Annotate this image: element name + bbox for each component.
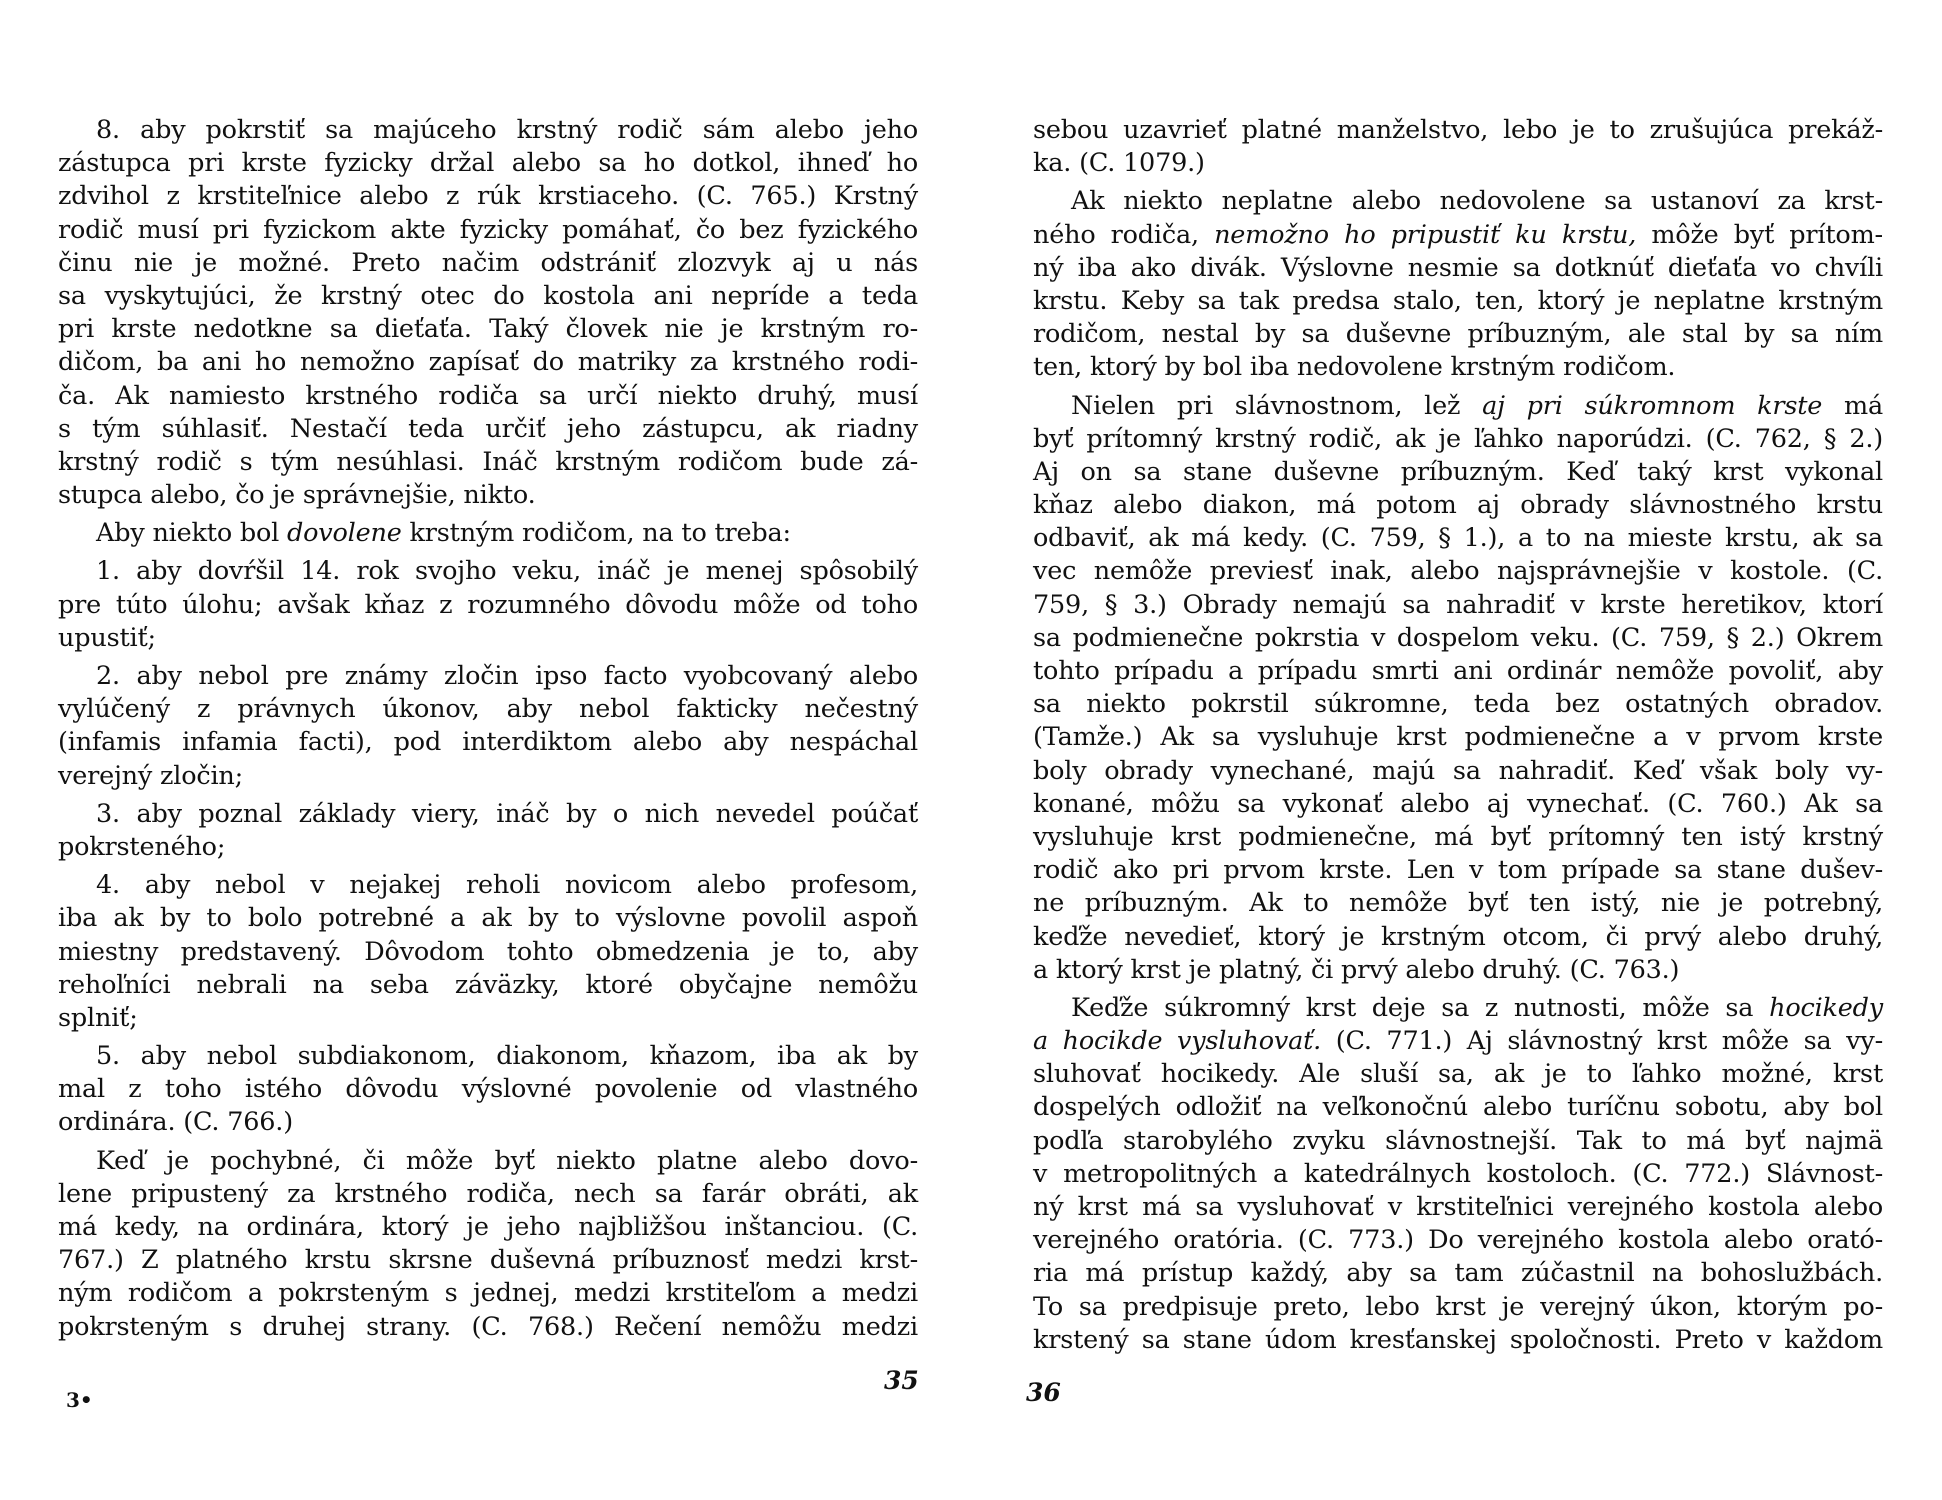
text-line: splniť;: [58, 1002, 918, 1035]
text-line: dičom, ba ani ho nemožno zapísať do matr…: [58, 346, 918, 379]
paragraph: Nielen pri slávnostnom, lež aj pri súkro…: [1033, 390, 1883, 987]
text-line: činu nie je možné. Preto načim odstrániť…: [58, 247, 918, 280]
text-line: Keď je pochybné, či môže byť niekto plat…: [58, 1145, 918, 1178]
text-run: ria má prístup každý, aby sa tam zúčastn…: [1033, 1258, 1883, 1288]
text-run: sa niekto pokrstil súkromne, teda bez os…: [1033, 689, 1883, 719]
text-line: rehoľníci nebrali na seba záväzky, ktoré…: [58, 969, 918, 1002]
text-run: 2. aby nebol pre známy zločin ipso facto…: [96, 661, 918, 691]
text-line: 3. aby poznal základy viery, ináč by o n…: [58, 798, 918, 831]
text-run: ordinára. (C. 766.): [58, 1107, 293, 1137]
text-run: Ak niekto neplatne alebo nedovolene sa u…: [1071, 186, 1883, 216]
text-line: verejného oratória. (C. 773.) Do verejné…: [1033, 1224, 1883, 1257]
paragraph: 4. aby nebol v nejakej reholi novicom al…: [58, 869, 918, 1035]
paragraph: sebou uzavrieť platné manželstvo, lebo j…: [1033, 114, 1883, 180]
text-run: Aby niekto bol: [96, 518, 287, 548]
page-number-right: 36: [1026, 1378, 1061, 1407]
text-line: boly obrady vynechané, majú sa nahradiť.…: [1033, 755, 1883, 788]
text-line: a ktorý krst je platný, či prvý alebo dr…: [1033, 954, 1883, 987]
text-line: keďže nevedieť, ktorý je krstným otcom, …: [1033, 921, 1883, 954]
text-run: má kedy, na ordinára, ktorý je jeho najb…: [58, 1212, 918, 1242]
text-line: pri krste nedotkne sa dieťaťa. Taký člov…: [58, 313, 918, 346]
text-run: ný iba ako divák. Výslovne nesmie sa dot…: [1033, 253, 1883, 283]
text-run: splniť;: [58, 1003, 138, 1033]
text-run: ča. Ak namiesto krstného rodiča sa určí …: [58, 381, 918, 411]
text-run: má: [1822, 391, 1883, 421]
text-line: vec nemôže previesť inak, alebo najspráv…: [1033, 555, 1883, 588]
text-line: tohto prípadu a prípadu smrti ani ordiná…: [1033, 655, 1883, 688]
italic-text: hocikedy: [1769, 993, 1883, 1023]
text-run: rodičom, nestal by sa duševne príbuzným,…: [1033, 319, 1883, 349]
text-run: Keď je pochybné, či môže byť niekto plat…: [96, 1146, 918, 1176]
text-line: podľa starobylého zvyku slávnostnejší. T…: [1033, 1125, 1883, 1158]
text-run: dičom, ba ani ho nemožno zapísať do matr…: [58, 347, 918, 377]
text-line: s tým súhlasiť. Nestačí teda určiť jeho …: [58, 413, 918, 446]
text-run: dospelých odložiť na veľkonočnú alebo tu…: [1033, 1092, 1883, 1122]
text-line: Aj on sa stane duševne príbuzným. Keď ta…: [1033, 456, 1883, 489]
text-run: zdvihol z krstiteľnice alebo z rúk krsti…: [58, 181, 918, 211]
text-run: rodič ako pri prvom krste. Len v tom prí…: [1033, 855, 1883, 885]
text-line: rodičom, nestal by sa duševne príbuzným,…: [1033, 318, 1883, 351]
text-line: rodič ako pri prvom krste. Len v tom prí…: [1033, 854, 1883, 887]
text-run: miestny predstavený. Dôvodom tohto obmed…: [58, 937, 918, 967]
text-run: Aj on sa stane duševne príbuzným. Keď ta…: [1033, 457, 1883, 487]
paragraph: Ak niekto neplatne alebo nedovolene sa u…: [1033, 185, 1883, 384]
text-run: verejný zločin;: [58, 761, 243, 791]
text-run: v metropolitných a katedrálnych kostoloc…: [1033, 1159, 1883, 1189]
text-run: podľa starobylého zvyku slávnostnejší. T…: [1033, 1126, 1883, 1156]
text-run: upustiť;: [58, 623, 156, 653]
paragraph: 1. aby dovŕšil 14. rok svojho veku, ináč…: [58, 555, 918, 655]
paragraph: 2. aby nebol pre známy zločin ipso facto…: [58, 660, 918, 793]
text-line: ný krst má sa vysluhovať v krstiteľnici …: [1033, 1191, 1883, 1224]
text-run: 4. aby nebol v nejakej reholi novicom al…: [96, 870, 918, 900]
text-line: vysluhuje krst podmienečne, má byť príto…: [1033, 821, 1883, 854]
right-page-text: sebou uzavrieť platné manželstvo, lebo j…: [1033, 114, 1883, 1362]
text-line: sa podmienečne pokrstia v dospelom veku.…: [1033, 622, 1883, 655]
text-run: sluhovať hocikedy. Ale sluší sa, ak je t…: [1033, 1059, 1883, 1089]
text-line: Ak niekto neplatne alebo nedovolene sa u…: [1033, 185, 1883, 218]
text-run: vec nemôže previesť inak, alebo najspráv…: [1033, 556, 1883, 586]
text-run: krstným rodičom, na to treba:: [402, 518, 791, 548]
text-run: 8. aby pokrstiť sa majúceho krstný rodič…: [96, 115, 918, 145]
text-run: verejného oratória. (C. 773.) Do verejné…: [1033, 1225, 1883, 1255]
text-run: lene pripustený za krstného rodiča, nech…: [58, 1179, 918, 1209]
italic-text: dovolene: [287, 518, 402, 548]
text-run: pri krste nedotkne sa dieťaťa. Taký člov…: [58, 314, 918, 344]
text-run: kňaz alebo diakon, má potom aj obrady sl…: [1033, 490, 1883, 520]
text-line: pre túto úlohu; avšak kňaz z rozumného d…: [58, 589, 918, 622]
text-line: zdvihol z krstiteľnice alebo z rúk krsti…: [58, 180, 918, 213]
text-run: rodič musí pri fyzickom akte fyzicky pom…: [58, 215, 918, 245]
text-run: ného rodiča,: [1033, 220, 1214, 250]
text-line: upustiť;: [58, 622, 918, 655]
text-line: sa vyskytujúci, že krstný otec do kostol…: [58, 280, 918, 313]
text-line: zástupca pri krste fyzicky držal alebo s…: [58, 147, 918, 180]
paragraph: 5. aby nebol subdiakonom, diakonom, kňaz…: [58, 1040, 918, 1140]
text-line: (Tamže.) Ak sa vysluhuje krst podmienečn…: [1033, 721, 1883, 754]
text-run: môže byť prítom-: [1636, 220, 1883, 250]
text-run: (infamis infamia facti), pod interdiktom…: [58, 727, 918, 757]
text-line: miestny predstavený. Dôvodom tohto obmed…: [58, 936, 918, 969]
text-run: ne príbuzným. Ak to nemôže byť ten istý,…: [1033, 888, 1883, 918]
text-run: (Tamže.) Ak sa vysluhuje krst podmienečn…: [1033, 722, 1883, 752]
text-run: rehoľníci nebrali na seba záväzky, ktoré…: [58, 970, 918, 1000]
text-line: verejný zločin;: [58, 760, 918, 793]
text-line: krstu. Keby sa tak predsa stalo, ten, kt…: [1033, 285, 1883, 318]
left-page-text: 8. aby pokrstiť sa majúceho krstný rodič…: [58, 114, 918, 1349]
text-run: konané, môžu sa vykonať alebo aj vynecha…: [1033, 789, 1883, 819]
text-run: mal z toho istého dôvodu výslovné povole…: [58, 1074, 918, 1104]
text-run: ným rodičom a pokrsteným s jednej, medzi…: [58, 1278, 918, 1308]
text-line: (infamis infamia facti), pod interdiktom…: [58, 726, 918, 759]
text-run: krstu. Keby sa tak predsa stalo, ten, kt…: [1033, 286, 1883, 316]
text-line: pokrsteného;: [58, 831, 918, 864]
text-line: iba ak by to bolo potrebné a ak by to vý…: [58, 902, 918, 935]
text-run: činu nie je možné. Preto načim odstrániť…: [58, 248, 918, 278]
text-line: má kedy, na ordinára, ktorý je jeho najb…: [58, 1211, 918, 1244]
text-line: ne príbuzným. Ak to nemôže byť ten istý,…: [1033, 887, 1883, 920]
text-line: ten, ktorý by bol iba nedovolene krstným…: [1033, 351, 1883, 384]
text-run: pokrsteným s druhej strany. (C. 768.) Re…: [58, 1312, 918, 1342]
text-run: sa podmienečne pokrstia v dospelom veku.…: [1033, 623, 1883, 653]
text-line: konané, môžu sa vykonať alebo aj vynecha…: [1033, 788, 1883, 821]
text-run: ten, ktorý by bol iba nedovolene krstným…: [1033, 352, 1675, 382]
text-line: Nielen pri slávnostnom, lež aj pri súkro…: [1033, 390, 1883, 423]
text-run: vylúčený z právnych úkonov, aby nebol fa…: [58, 694, 918, 724]
paragraph: Aby niekto bol dovolene krstným rodičom,…: [58, 517, 918, 550]
text-run: (C. 771.) Aj slávnostný krst môže sa vy-: [1321, 1026, 1883, 1056]
text-line: vylúčený z právnych úkonov, aby nebol fa…: [58, 693, 918, 726]
text-run: pre túto úlohu; avšak kňaz z rozumného d…: [58, 590, 918, 620]
italic-text: a hocikde vysluhovať.: [1033, 1026, 1321, 1056]
text-run: To sa predpisuje preto, lebo krst je ver…: [1033, 1292, 1883, 1322]
text-run: stupca alebo, čo je správnejšie, nikto.: [58, 480, 536, 510]
text-line: odbaviť, ak má kedy. (C. 759, § 1.), a t…: [1033, 522, 1883, 555]
text-line: 2. aby nebol pre známy zločin ipso facto…: [58, 660, 918, 693]
page-number-left: 35: [884, 1366, 919, 1395]
text-line: a hocikde vysluhovať. (C. 771.) Aj slávn…: [1033, 1025, 1883, 1058]
text-line: ným rodičom a pokrsteným s jednej, medzi…: [58, 1277, 918, 1310]
text-line: 1. aby dovŕšil 14. rok svojho veku, ináč…: [58, 555, 918, 588]
text-line: sluhovať hocikedy. Ale sluší sa, ak je t…: [1033, 1058, 1883, 1091]
text-line: kňaz alebo diakon, má potom aj obrady sl…: [1033, 489, 1883, 522]
text-line: ča. Ak namiesto krstného rodiča sa určí …: [58, 380, 918, 413]
text-run: sa vyskytujúci, že krstný otec do kostol…: [58, 281, 918, 311]
text-line: Keďže súkromný krst deje sa z nutnosti, …: [1033, 992, 1883, 1025]
text-run: 759, § 3.) Obrady nemajú sa nahradiť v k…: [1033, 590, 1883, 620]
text-line: rodič musí pri fyzickom akte fyzicky pom…: [58, 214, 918, 247]
text-run: byť prítomný krstný rodič, ak je ľahko n…: [1033, 424, 1883, 454]
text-run: Keďže súkromný krst deje sa z nutnosti, …: [1071, 993, 1769, 1023]
text-line: krstný rodič s tým nesúhlasi. Ináč krstn…: [58, 446, 918, 479]
text-run: s tým súhlasiť. Nestačí teda určiť jeho …: [58, 414, 918, 444]
text-line: sa niekto pokrstil súkromne, teda bez os…: [1033, 688, 1883, 721]
text-line: dospelých odložiť na veľkonočnú alebo tu…: [1033, 1091, 1883, 1124]
text-run: zástupca pri krste fyzicky držal alebo s…: [58, 148, 918, 178]
text-run: krstený sa stane údom kresťanskej spoloč…: [1033, 1325, 1883, 1355]
text-run: pokrsteného;: [58, 832, 225, 862]
text-run: Nielen pri slávnostnom, lež: [1071, 391, 1482, 421]
text-run: keďže nevedieť, ktorý je krstným otcom, …: [1033, 922, 1883, 952]
text-line: krstený sa stane údom kresťanskej spoloč…: [1033, 1324, 1883, 1357]
text-run: iba ak by to bolo potrebné a ak by to vý…: [58, 903, 918, 933]
text-line: 8. aby pokrstiť sa majúceho krstný rodič…: [58, 114, 918, 147]
paragraph: 3. aby poznal základy viery, ináč by o n…: [58, 798, 918, 864]
text-line: v metropolitných a katedrálnych kostoloc…: [1033, 1158, 1883, 1191]
paragraph: Keď je pochybné, či môže byť niekto plat…: [58, 1145, 918, 1344]
text-run: odbaviť, ak má kedy. (C. 759, § 1.), a t…: [1033, 523, 1883, 553]
text-line: 759, § 3.) Obrady nemajú sa nahradiť v k…: [1033, 589, 1883, 622]
italic-text: aj pri súkromnom krste: [1482, 391, 1822, 421]
text-run: 5. aby nebol subdiakonom, diakonom, kňaz…: [96, 1041, 918, 1071]
text-run: 767.) Z platného krstu skrsne duševná pr…: [58, 1245, 918, 1275]
text-line: pokrsteným s druhej strany. (C. 768.) Re…: [58, 1311, 918, 1344]
text-line: 4. aby nebol v nejakej reholi novicom al…: [58, 869, 918, 902]
text-line: To sa predpisuje preto, lebo krst je ver…: [1033, 1291, 1883, 1324]
text-run: ka. (C. 1079.): [1033, 148, 1205, 178]
text-run: tohto prípadu a prípadu smrti ani ordiná…: [1033, 656, 1883, 686]
text-run: boly obrady vynechané, majú sa nahradiť.…: [1033, 756, 1883, 786]
text-line: ný iba ako divák. Výslovne nesmie sa dot…: [1033, 252, 1883, 285]
text-line: byť prítomný krstný rodič, ak je ľahko n…: [1033, 423, 1883, 456]
text-line: ria má prístup každý, aby sa tam zúčastn…: [1033, 1257, 1883, 1290]
text-run: krstný rodič s tým nesúhlasi. Ináč krstn…: [58, 447, 918, 477]
paragraph: 8. aby pokrstiť sa majúceho krstný rodič…: [58, 114, 918, 512]
text-line: lene pripustený za krstného rodiča, nech…: [58, 1178, 918, 1211]
text-line: ného rodiča, nemožno ho pripustiť ku krs…: [1033, 219, 1883, 252]
text-run: 1. aby dovŕšil 14. rok svojho veku, ináč…: [96, 556, 918, 586]
text-line: 767.) Z platného krstu skrsne duševná pr…: [58, 1244, 918, 1277]
text-line: mal z toho istého dôvodu výslovné povole…: [58, 1073, 918, 1106]
paragraph: Keďže súkromný krst deje sa z nutnosti, …: [1033, 992, 1883, 1357]
text-run: ný krst má sa vysluhovať v krstiteľnici …: [1033, 1192, 1883, 1222]
text-line: ordinára. (C. 766.): [58, 1106, 918, 1139]
italic-text: nemožno ho pripustiť ku krstu,: [1214, 220, 1636, 250]
text-line: ka. (C. 1079.): [1033, 147, 1883, 180]
text-line: 5. aby nebol subdiakonom, diakonom, kňaz…: [58, 1040, 918, 1073]
text-line: stupca alebo, čo je správnejšie, nikto.: [58, 479, 918, 512]
printer-mark: 3•: [66, 1388, 93, 1412]
text-line: sebou uzavrieť platné manželstvo, lebo j…: [1033, 114, 1883, 147]
text-run: vysluhuje krst podmienečne, má byť príto…: [1033, 822, 1883, 852]
text-run: sebou uzavrieť platné manželstvo, lebo j…: [1033, 115, 1883, 145]
text-run: a ktorý krst je platný, či prvý alebo dr…: [1033, 955, 1679, 985]
text-line: Aby niekto bol dovolene krstným rodičom,…: [58, 517, 918, 550]
text-run: 3. aby poznal základy viery, ináč by o n…: [96, 799, 918, 829]
